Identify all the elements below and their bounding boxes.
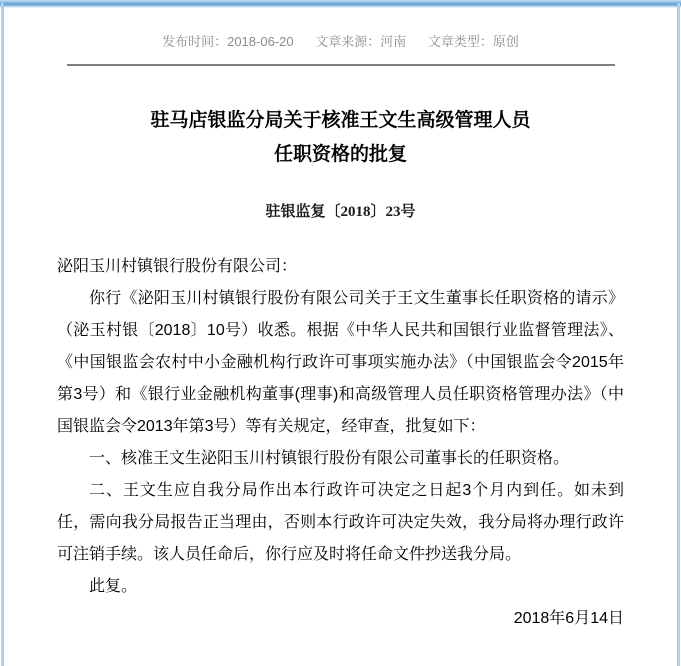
document-body: 泌阳玉川村镇银行股份有限公司： 你行《泌阳玉川村镇银行股份有限公司关于王文生董事… bbox=[57, 251, 624, 635]
header-divider bbox=[67, 64, 615, 66]
article-meta: 发布时间：2018-06-20 文章来源：河南 文章类型：原创 bbox=[57, 34, 624, 49]
paragraph-intro: 你行《泌阳玉川村镇银行股份有限公司关于王文生董事长任职资格的请示》（泌玉村银〔2… bbox=[57, 283, 624, 443]
article-type: 文章类型：原创 bbox=[428, 34, 519, 49]
article-type-value: 原创 bbox=[493, 34, 519, 49]
publish-time: 发布时间：2018-06-20 bbox=[162, 34, 294, 49]
article-source: 文章来源：河南 bbox=[315, 34, 406, 49]
publish-time-label: 发布时间： bbox=[162, 34, 227, 49]
paragraph-item-1: 一、核准王文生泌阳玉川村镇银行股份有限公司董事长的任职资格。 bbox=[57, 443, 624, 475]
window-border-right bbox=[677, 3, 680, 666]
paragraph-closing: 此复。 bbox=[57, 571, 624, 603]
window-border-top bbox=[0, 0, 681, 8]
article-type-label: 文章类型： bbox=[428, 34, 493, 49]
publish-time-value: 2018-06-20 bbox=[227, 34, 294, 49]
document-title: 驻马店银监分局关于核准王文生高级管理人员 任职资格的批复 bbox=[57, 104, 624, 172]
document-number: 驻银监复〔2018〕23号 bbox=[57, 200, 624, 221]
window-border-left bbox=[1, 3, 4, 666]
article-page: { "meta": { "publish_time_label": "发布时间：… bbox=[0, 0, 681, 666]
article-source-value: 河南 bbox=[380, 34, 406, 49]
article-source-label: 文章来源： bbox=[315, 34, 380, 49]
document-title-line-1: 驻马店银监分局关于核准王文生高级管理人员 bbox=[57, 104, 624, 138]
article-content: 发布时间：2018-06-20 文章来源：河南 文章类型：原创 驻马店银监分局关… bbox=[0, 0, 681, 635]
document-title-line-2: 任职资格的批复 bbox=[57, 138, 624, 172]
salutation: 泌阳玉川村镇银行股份有限公司： bbox=[57, 251, 624, 283]
paragraph-item-2: 二、王文生应自我分局作出本行政许可决定之日起3个月内到任。如未到任，需向我分局报… bbox=[57, 475, 624, 571]
document-date: 2018年6月14日 bbox=[57, 603, 624, 635]
